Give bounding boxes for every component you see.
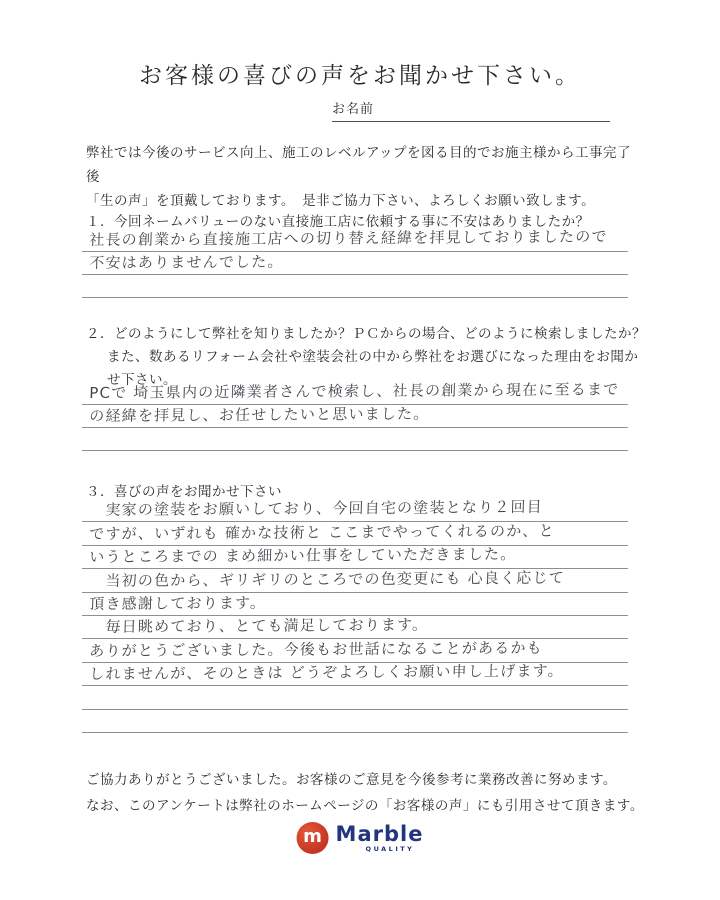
question-1-answer-area: 社長の創業から直接施工店への切り替え経緯を拝見しておりましたので 不安はありませ… bbox=[82, 229, 628, 298]
handwritten-text: ありがとうございました。今後もお世話になることがあるかも bbox=[89, 637, 543, 661]
name-label: お名前 bbox=[332, 102, 374, 117]
footer-line-1: ご協力ありがとうございました。お客様のご意見を今後参考に業務改善に努めます。 bbox=[86, 772, 617, 788]
marble-logo-icon: m bbox=[297, 822, 329, 854]
handwritten-text: PCで 埼玉県内の近隣業者さんで検索し、社長の創業から現在に至るまで bbox=[89, 378, 620, 403]
name-field-row: お名前 bbox=[332, 98, 610, 122]
handwritten-text: 当初の色から、ギリギリのところでの色変更にも 心良く応じて bbox=[89, 566, 565, 590]
question-2-label-line-1: ２．どのようにして弊社を知りましたか？ＰＣからの場合、どのように検索しましたか？ bbox=[86, 326, 646, 342]
ruled-answer-line bbox=[82, 710, 628, 733]
ruled-answer-line: の経緯を拝見し、お任せしたいと思いました。 bbox=[82, 405, 628, 428]
logo-quality-text: QUALITY bbox=[366, 845, 424, 853]
question-3-answer-area: 実家の塗装をお願いしており、今回自宅の塗装となり２回目 ですが、いずれも 確かな… bbox=[82, 499, 628, 733]
ruled-answer-line bbox=[82, 275, 628, 298]
ruled-answer-line bbox=[82, 686, 628, 709]
intro-line-2: 「生の声」を頂戴しております。 是非ご協力下さい、よろしくお願い致します。 bbox=[86, 193, 595, 209]
ruled-answer-line: しれませんが、そのときは どうぞよろしくお願い申し上げます。 bbox=[82, 663, 628, 686]
question-2-answer-area: PCで 埼玉県内の近隣業者さんで検索し、社長の創業から現在に至るまで の経緯を拝… bbox=[82, 382, 628, 451]
ruled-answer-line: 頂き感謝しております。 bbox=[82, 593, 628, 616]
handwritten-text: 社長の創業から直接施工店への切り替え経緯を拝見しておりましたので bbox=[89, 225, 608, 250]
logo-brand-text: Marble bbox=[336, 824, 424, 844]
ruled-answer-line: いうところまでの まめ細かい仕事をしていただきました。 bbox=[82, 546, 628, 569]
handwritten-text: 頂き感謝しております。 bbox=[89, 592, 267, 614]
handwritten-text: しれませんが、そのときは どうぞよろしくお願い申し上げます。 bbox=[89, 660, 564, 684]
logo-m-letter: m bbox=[303, 828, 322, 846]
ruled-answer-line: PCで 埼玉県内の近隣業者さんで検索し、社長の創業から現在に至るまで bbox=[82, 382, 628, 405]
page-title: お客様の喜びの声をお聞かせ下さい。 bbox=[0, 57, 720, 90]
intro-line-1: 弊社では今後のサービス向上、施工のレベルアップを図る目的でお施主様から工事完了後 bbox=[86, 145, 631, 185]
ruled-answer-line: 不安はありませんでした。 bbox=[82, 252, 628, 275]
company-logo: m Marble QUALITY bbox=[297, 822, 424, 854]
footer-note: ご協力ありがとうございました。お客様のご意見を今後参考に業務改善に努めます。 な… bbox=[86, 767, 646, 819]
handwritten-text: 毎日眺めており、とても満足しております。 bbox=[89, 614, 429, 637]
logo-wordmark: Marble QUALITY bbox=[336, 824, 424, 853]
intro-paragraph: 弊社では今後のサービス向上、施工のレベルアップを図る目的でお施主様から工事完了後… bbox=[86, 141, 642, 213]
footer-line-2: なお、このアンケートは弊社のホームページの「お客様の声」にも引用させて頂きます。 bbox=[86, 798, 644, 814]
ruled-answer-line: 社長の創業から直接施工店への切り替え経緯を拝見しておりましたので bbox=[82, 229, 628, 252]
handwritten-text: 実家の塗装をお願いしており、今回自宅の塗装となり２回目 bbox=[89, 496, 543, 520]
question-2-label-line-2: また、数あるリフォーム会社や塗装会社の中から弊社をお選びになった理由をお聞か bbox=[86, 346, 646, 369]
ruled-answer-line: 毎日眺めており、とても満足しております。 bbox=[82, 616, 628, 639]
handwritten-text: 不安はありませんでした。 bbox=[89, 251, 284, 273]
handwritten-text: ですが、いずれも 確かな技術と ここまでやってくれるのか、と bbox=[89, 520, 555, 544]
ruled-answer-line: 当初の色から、ギリギリのところでの色変更にも 心良く応じて bbox=[82, 569, 628, 592]
ruled-answer-line: ですが、いずれも 確かな技術と ここまでやってくれるのか、と bbox=[82, 522, 628, 545]
handwritten-text: の経緯を拝見し、お任せしたいと思いました。 bbox=[89, 403, 430, 426]
handwritten-text: いうところまでの まめ細かい仕事をしていただきました。 bbox=[89, 543, 517, 567]
questionnaire-page: お客様の喜びの声をお聞かせ下さい。 お名前 弊社では今後のサービス向上、施工のレ… bbox=[0, 0, 720, 900]
ruled-answer-line bbox=[82, 428, 628, 451]
